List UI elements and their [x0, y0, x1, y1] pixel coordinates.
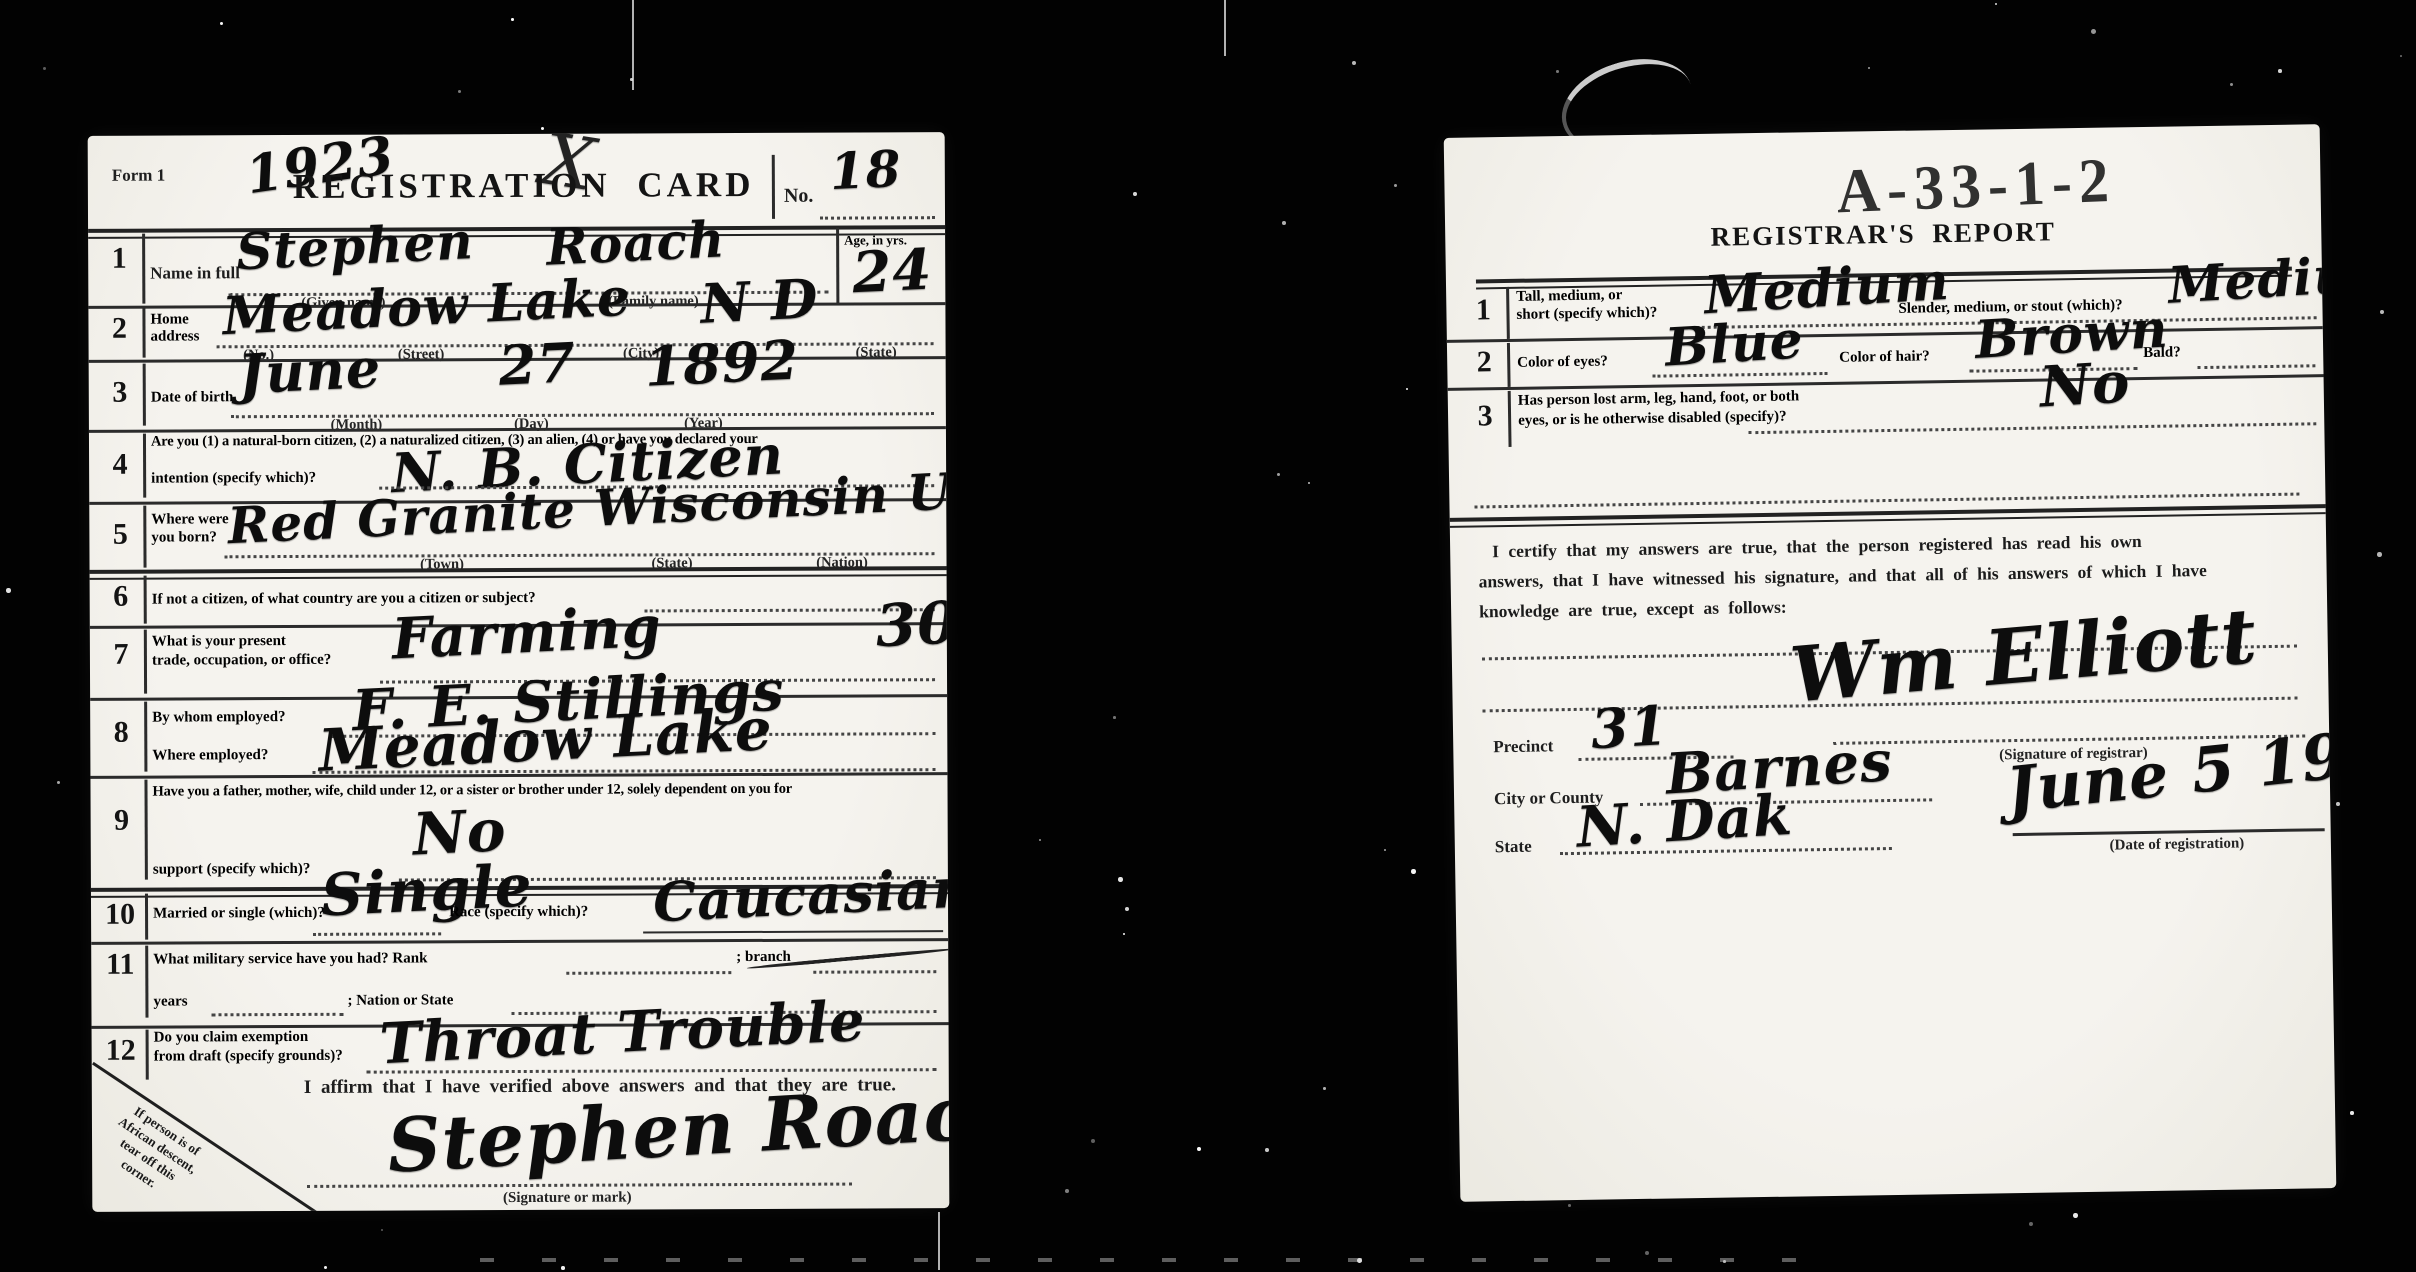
certify-line2: answers, that I have witnessed his signa…: [1479, 560, 2207, 592]
q10-label1: Married or single (which)?: [153, 905, 325, 923]
rq3-number-divider: [1508, 391, 1512, 447]
q9-number-divider: [144, 780, 147, 880]
film-speck: [1556, 70, 1559, 73]
film-scratch: [632, 0, 634, 90]
q5-number-divider: [143, 506, 146, 568]
film-speck: [1995, 3, 1997, 5]
q11-years-line: [211, 1013, 343, 1017]
film-speck: [43, 67, 46, 70]
film-speck: [2091, 29, 2096, 34]
q2-number-divider: [142, 308, 145, 358]
q2-label-line2: address: [150, 328, 199, 345]
q7-answer-handwritten: Farming: [390, 594, 663, 673]
film-speck: [2336, 802, 2340, 806]
film-speck: [1133, 192, 1137, 196]
film-edge-dashes: [480, 1258, 1800, 1262]
film-speck: [1406, 388, 1408, 390]
film-speck: [1197, 1147, 1201, 1151]
q4-number: 4: [99, 448, 141, 482]
certify-line3: knowledge are true, except as follows:: [1479, 597, 1787, 623]
q11-branch-line: [813, 970, 936, 974]
card-title: REGISTRATION CARD: [293, 165, 755, 207]
film-speck: [2230, 83, 2233, 86]
precinct-label: Precinct: [1493, 736, 1553, 757]
serial-stamp: A-33-1-2: [1835, 144, 2117, 228]
q3-number: 3: [99, 376, 141, 410]
rq1-label-line2: short (specify which)?: [1516, 305, 1657, 324]
rq1-number: 1: [1462, 293, 1505, 328]
rq1-number-divider: [1506, 287, 1510, 339]
rq3-answer-handwritten: No: [2038, 349, 2132, 420]
q10-number: 10: [99, 898, 141, 932]
q11-rank-line: [566, 971, 731, 975]
q3-month-handwritten: June: [237, 336, 382, 407]
signature-sub-label: (Signature or mark): [452, 1189, 682, 1207]
q1-number-divider: [142, 234, 145, 304]
q1-family-name-handwritten: Roach: [545, 209, 727, 277]
registration-date-sub-label: (Date of registration): [2067, 835, 2287, 855]
q4-number-divider: [143, 434, 146, 498]
card-number-value: 18: [828, 139, 902, 201]
film-speck: [541, 127, 544, 130]
film-speck: [458, 90, 461, 93]
q11-number-divider: [145, 946, 148, 1018]
q5-label-line1: Where were: [151, 511, 228, 528]
q1-label: Name in full: [150, 263, 240, 283]
precinct-value-handwritten: 31: [1589, 693, 1670, 761]
rq3-answer-line: [1748, 422, 2316, 434]
q3-year-handwritten: 1892: [643, 327, 800, 398]
q7-number: 7: [100, 638, 142, 672]
q5-label-line2: you born?: [151, 529, 217, 546]
film-speck: [561, 1266, 565, 1270]
film-speck: [1118, 877, 1123, 882]
q1-number: 1: [98, 242, 140, 276]
q11-label2b: ; Nation or State: [347, 992, 453, 1009]
certify-line1: I certify that my answers are true, that…: [1492, 531, 2142, 562]
card-number-line: [820, 216, 935, 220]
film-speck: [1568, 1204, 1571, 1207]
film-speck: [2380, 310, 2384, 314]
q2-label-line1: Home: [150, 311, 188, 328]
rq3-label-line2: eyes, or is he otherwise disabled (speci…: [1518, 409, 1787, 430]
rq2-number: 2: [1463, 345, 1506, 380]
q3-number-divider: [143, 364, 146, 426]
q11-label1: What military service have you had? Rank: [153, 950, 427, 968]
q3-label: Date of birth: [151, 389, 234, 406]
q10-label2: Race (specify which)?: [449, 904, 588, 922]
q10-answer2-handwritten: Caucasian: [652, 855, 950, 934]
film-scratch: [1224, 0, 1226, 56]
rq3-number: 3: [1464, 399, 1507, 434]
registrars-report-card: REGISTRAR'S REPORT A-33-1-2 1 Tall, medi…: [1444, 124, 2337, 1202]
film-speck: [324, 1266, 327, 1269]
rrow1-rule: [1447, 326, 2323, 343]
film-speck: [1394, 184, 1397, 187]
form-number-label: Form 1: [112, 166, 165, 186]
film-speck: [1282, 221, 1286, 225]
rq2-bald-line: [2197, 364, 2315, 369]
q3-day-handwritten: 27: [497, 330, 577, 398]
film-speck: [1352, 61, 1356, 65]
rq2-label3: Bald?: [2143, 344, 2181, 362]
film-speck: [2278, 69, 2282, 73]
film-speck: [511, 18, 514, 21]
q11-label2a: years: [153, 993, 187, 1010]
q9-question-line2: support (specify which)?: [153, 861, 311, 879]
rq1-answer2-handwritten: Medium: [2166, 242, 2336, 315]
q6-number-divider: [144, 576, 147, 624]
q10-answer1-line: [313, 932, 441, 936]
q12-label-line2: from draft (specify grounds)?: [154, 1048, 343, 1066]
header-rule: [88, 225, 945, 239]
film-speck: [1384, 849, 1386, 851]
q4-question-line2: intention (specify which)?: [151, 470, 316, 488]
film-scan-background: Form 1 1923 X REGISTRATION CARD No. 18 1…: [0, 0, 2416, 1272]
q2-state-handwritten: N D: [699, 266, 820, 336]
film-speck: [1645, 1251, 1649, 1255]
film-speck: [1123, 933, 1125, 935]
rq1-label-line1: Tall, medium, or: [1516, 287, 1622, 306]
rq3-label-line1: Has person lost arm, leg, hand, foot, or…: [1518, 388, 1800, 409]
film-speck: [6, 588, 11, 593]
film-speck: [1308, 482, 1310, 484]
q7-margin-number-handwritten: 30: [874, 588, 949, 660]
state-label: State: [1495, 837, 1532, 858]
film-speck: [2350, 1111, 2354, 1115]
rq2-label1: Color of eyes?: [1517, 353, 1608, 371]
film-speck: [2377, 552, 2382, 557]
film-speck: [2073, 1213, 2078, 1218]
q8-label1: By whom employed?: [152, 709, 285, 727]
section-rule: [1450, 504, 2326, 528]
q8-number-divider: [144, 702, 147, 772]
q5-number: 5: [99, 518, 141, 552]
film-speck: [381, 1229, 383, 1231]
film-speck: [1039, 839, 1041, 841]
registration-card: Form 1 1923 X REGISTRATION CARD No. 18 1…: [88, 132, 950, 1212]
row8-rule: [90, 772, 947, 779]
film-speck: [1265, 1148, 1269, 1152]
row10-rule: [91, 938, 948, 945]
film-speck: [1091, 1139, 1095, 1143]
card-number-label: No.: [784, 185, 814, 208]
q10-answer2-line: [643, 930, 943, 933]
film-speck: [1113, 716, 1116, 719]
q10-number-divider: [145, 894, 148, 940]
film-speck: [2400, 55, 2402, 57]
film-speck: [220, 22, 223, 25]
q8-label2: Where employed?: [152, 747, 268, 765]
q6-number: 6: [100, 580, 142, 614]
q8-number: 8: [100, 716, 142, 750]
rq2-answer1-handwritten: Blue: [1663, 309, 1805, 378]
q12-label-line1: Do you claim exemption: [154, 1029, 309, 1047]
film-speck: [1323, 1087, 1326, 1090]
q9-number: 9: [101, 804, 143, 838]
header-divider: [772, 155, 775, 219]
row5-rule: [90, 566, 947, 580]
rq2-number-divider: [1507, 343, 1511, 387]
film-speck: [2029, 1222, 2033, 1226]
registration-date-handwritten: June 5 1917: [2003, 710, 2336, 827]
q12-number-divider: [146, 1030, 149, 1080]
film-speck: [1125, 907, 1129, 911]
q7-label-line1: What is your present: [152, 633, 286, 651]
q11-number: 11: [99, 948, 141, 982]
q1-given-name-handwritten: Stephen: [235, 211, 475, 281]
rq2-label2: Color of hair?: [1839, 348, 1930, 366]
q12-number: 12: [100, 1034, 142, 1068]
film-speck: [1868, 67, 1870, 69]
rrow2-rule: [1448, 374, 2324, 391]
film-speck: [57, 781, 60, 784]
film-speck: [1277, 473, 1280, 476]
q2-number: 2: [98, 312, 140, 346]
film-speck: [1065, 1189, 1069, 1193]
q7-number-divider: [144, 630, 147, 694]
film-speck: [1411, 869, 1416, 874]
q7-label-line2: trade, occupation, or office?: [152, 652, 331, 670]
age-column-divider: [836, 228, 839, 304]
age-value-handwritten: 24: [851, 236, 934, 306]
